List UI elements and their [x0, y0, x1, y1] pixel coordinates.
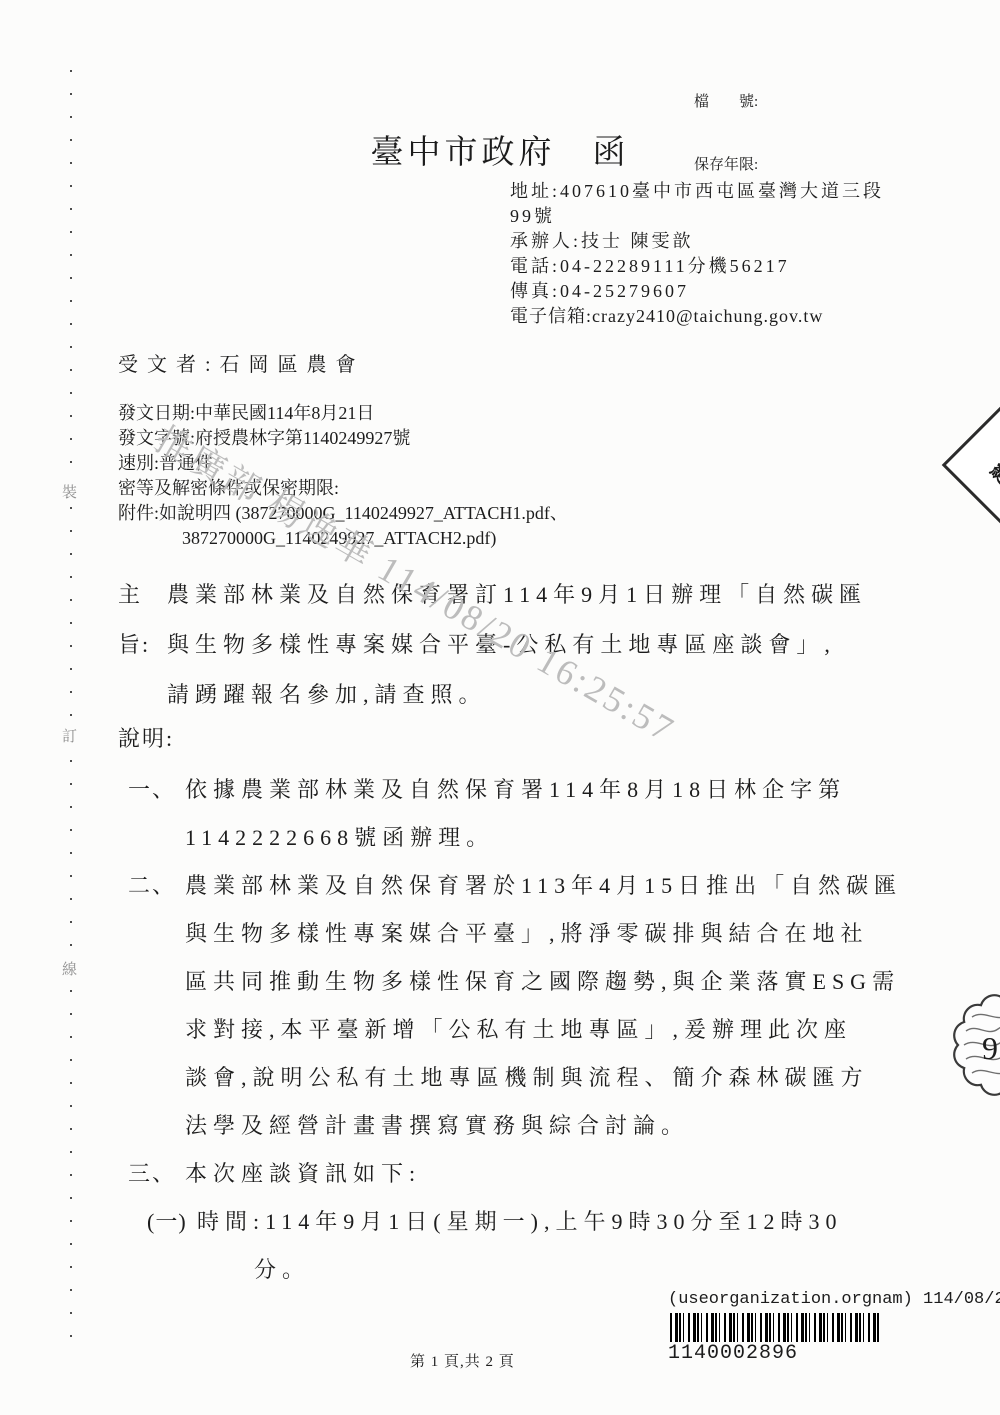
subitem1-number: (一) [147, 1198, 197, 1294]
agency-info-block: 地址:407610臺中市西屯區臺灣大道三段 99號 承辦人:技士 陳雯歆 電話:… [510, 179, 884, 329]
agency-phone: 電話:04-22289111分機56217 [510, 254, 884, 279]
item2-line3: 區共同推動生物多樣性保育之國際趨勢,與企業落實ESG需 [185, 958, 902, 1006]
subject-paragraph: 主旨: 農業部林業及自然保育署訂114年9月1日辦理「自然碳匯 與生物多樣性專案… [118, 570, 867, 720]
item2-line6: 法學及經營計畫書撰寫實務與綜合討論。 [185, 1102, 902, 1150]
barcode-number: 1140002896 [668, 1342, 798, 1365]
issue-number: 發文字號:府授農林字第1140249927號 [118, 426, 568, 451]
subitem1-line2: 分。 [254, 1246, 842, 1294]
item1-line1: 依據農業部林業及自然保育署114年8月18日林企字第 [185, 766, 846, 814]
binding-char-ding: 訂 [62, 722, 77, 749]
secrecy-class: 密等及解密條件或保密期限: [118, 476, 568, 501]
document-title: 臺中市政府 函 [0, 126, 1000, 173]
barcode-caption: (useorganization.orgnam) 114/08/2 [668, 1290, 1000, 1309]
binding-dotted-line [70, 70, 72, 1345]
explanation-item-3: 三、 本次座談資訊如下: [128, 1150, 902, 1198]
explanation-item-2: 二、 農業部林業及自然保育署於113年4月15日推出「自然碳匯 與生物多樣性專案… [128, 862, 902, 1150]
subject-line2: 與生物多樣性專案媒合平臺-公私有土地專區座談會」, [167, 620, 867, 670]
item1-body: 依據農業部林業及自然保育署114年8月18日林企字第 1142222668號函辦… [185, 766, 846, 862]
explanation-items: 一、 依據農業部林業及自然保育署114年8月18日林企字第 1142222668… [128, 766, 902, 1294]
subject-line3: 請踴躍報名參加,請查照。 [167, 670, 867, 720]
item3-number: 三、 [128, 1150, 185, 1198]
seam-stamp: 文縫 [942, 396, 1000, 535]
recipient-line: 受文者:石岡區農會 [118, 348, 365, 377]
agency-address-line2: 99號 [510, 204, 884, 229]
barcode [670, 1313, 880, 1342]
agency-address-line1: 地址:407610臺中市西屯區臺灣大道三段 [510, 179, 884, 204]
item1-line2: 1142222668號函辦理。 [185, 814, 846, 862]
seal-number-text: 9 [982, 1030, 998, 1066]
agency-email: 電子信箱:crazy2410@taichung.gov.tw [510, 304, 884, 329]
item1-number: 一、 [128, 766, 185, 862]
scalloped-seal: 9 [932, 993, 1000, 1113]
file-number-label: 檔 號: [694, 92, 758, 113]
item2-line5: 談會,說明公私有土地專區機制與流程、簡介森林碳匯方 [185, 1054, 902, 1102]
subitem1-line1: 時間:114年9月1日(星期一),上午9時30分至12時30 [197, 1198, 842, 1246]
issue-date: 發文日期:中華民國114年8月21日 [118, 401, 568, 426]
attachment-line2: 387270000G_1140249927_ATTACH2.pdf) [182, 526, 568, 551]
item2-number: 二、 [128, 862, 185, 1150]
item2-line1: 農業部林業及自然保育署於113年4月15日推出「自然碳匯 [185, 862, 902, 910]
page-number: 第 1 頁,共 2 頁 [410, 1350, 515, 1371]
official-letter-page: 裝 訂 線 推廣部 楊逸華 114/08/20 16:25:57 檔 號: 保存… [0, 0, 1000, 1415]
scalloped-seal-graphic: 9 [932, 993, 1000, 1108]
explanation-item-1: 一、 依據農業部林業及自然保育署114年8月18日林企字第 1142222668… [128, 766, 902, 862]
subject-content: 農業部林業及自然保育署訂114年9月1日辦理「自然碳匯 與生物多樣性專案媒合平臺… [167, 570, 867, 720]
item3-body: 本次座談資訊如下: [185, 1150, 421, 1198]
subject-label: 主旨: [118, 570, 167, 720]
agency-contact-person: 承辦人:技士 陳雯歆 [510, 229, 884, 254]
explanation-label: 說明: [118, 722, 174, 753]
attachment-line1: 附件:如說明四 (387270000G_1140249927_ATTACH1.p… [118, 501, 568, 526]
item2-line2: 與生物多樣性專案媒合平臺」,將淨零碳排與結合在地社 [185, 910, 902, 958]
item3-line1: 本次座談資訊如下: [185, 1150, 421, 1198]
meta-block: 發文日期:中華民國114年8月21日 發文字號:府授農林字第1140249927… [118, 401, 568, 551]
item2-line4: 求對接,本平臺新增「公私有土地專區」,爰辦理此次座 [185, 1006, 902, 1054]
binding-char-zhuang: 裝 [62, 478, 77, 505]
speed-class: 速別:普通件 [118, 451, 568, 476]
seam-stamp-chars: 文縫 [984, 438, 1000, 492]
subitem1-body: 時間:114年9月1日(星期一),上午9時30分至12時30 分。 [197, 1198, 842, 1294]
binding-char-xian: 線 [62, 955, 77, 982]
item2-body: 農業部林業及自然保育署於113年4月15日推出「自然碳匯 與生物多樣性專案媒合平… [185, 862, 902, 1150]
subject-line1: 農業部林業及自然保育署訂114年9月1日辦理「自然碳匯 [167, 570, 867, 620]
explanation-subitem-1: (一) 時間:114年9月1日(星期一),上午9時30分至12時30 分。 [147, 1198, 902, 1294]
agency-fax: 傳真:04-25279607 [510, 279, 884, 304]
